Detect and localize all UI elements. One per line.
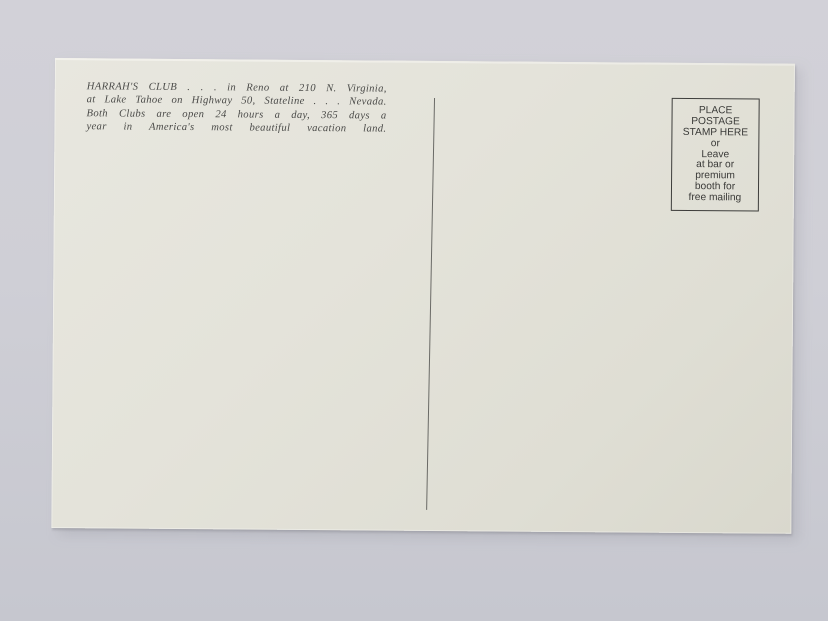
postcard-caption: HARRAH'S CLUB . . . in Reno at 210 N. Vi…	[86, 80, 386, 136]
card-edge	[55, 58, 795, 66]
stamp-box: PLACE POSTAGE STAMP HERE or Leave at bar…	[671, 98, 760, 212]
caption-line: year in America's most beautiful vacatio…	[86, 120, 386, 136]
postcard-back: HARRAH'S CLUB . . . in Reno at 210 N. Vi…	[51, 58, 795, 534]
center-divider-line	[426, 98, 435, 510]
stamp-box-line: free mailing	[689, 193, 742, 204]
